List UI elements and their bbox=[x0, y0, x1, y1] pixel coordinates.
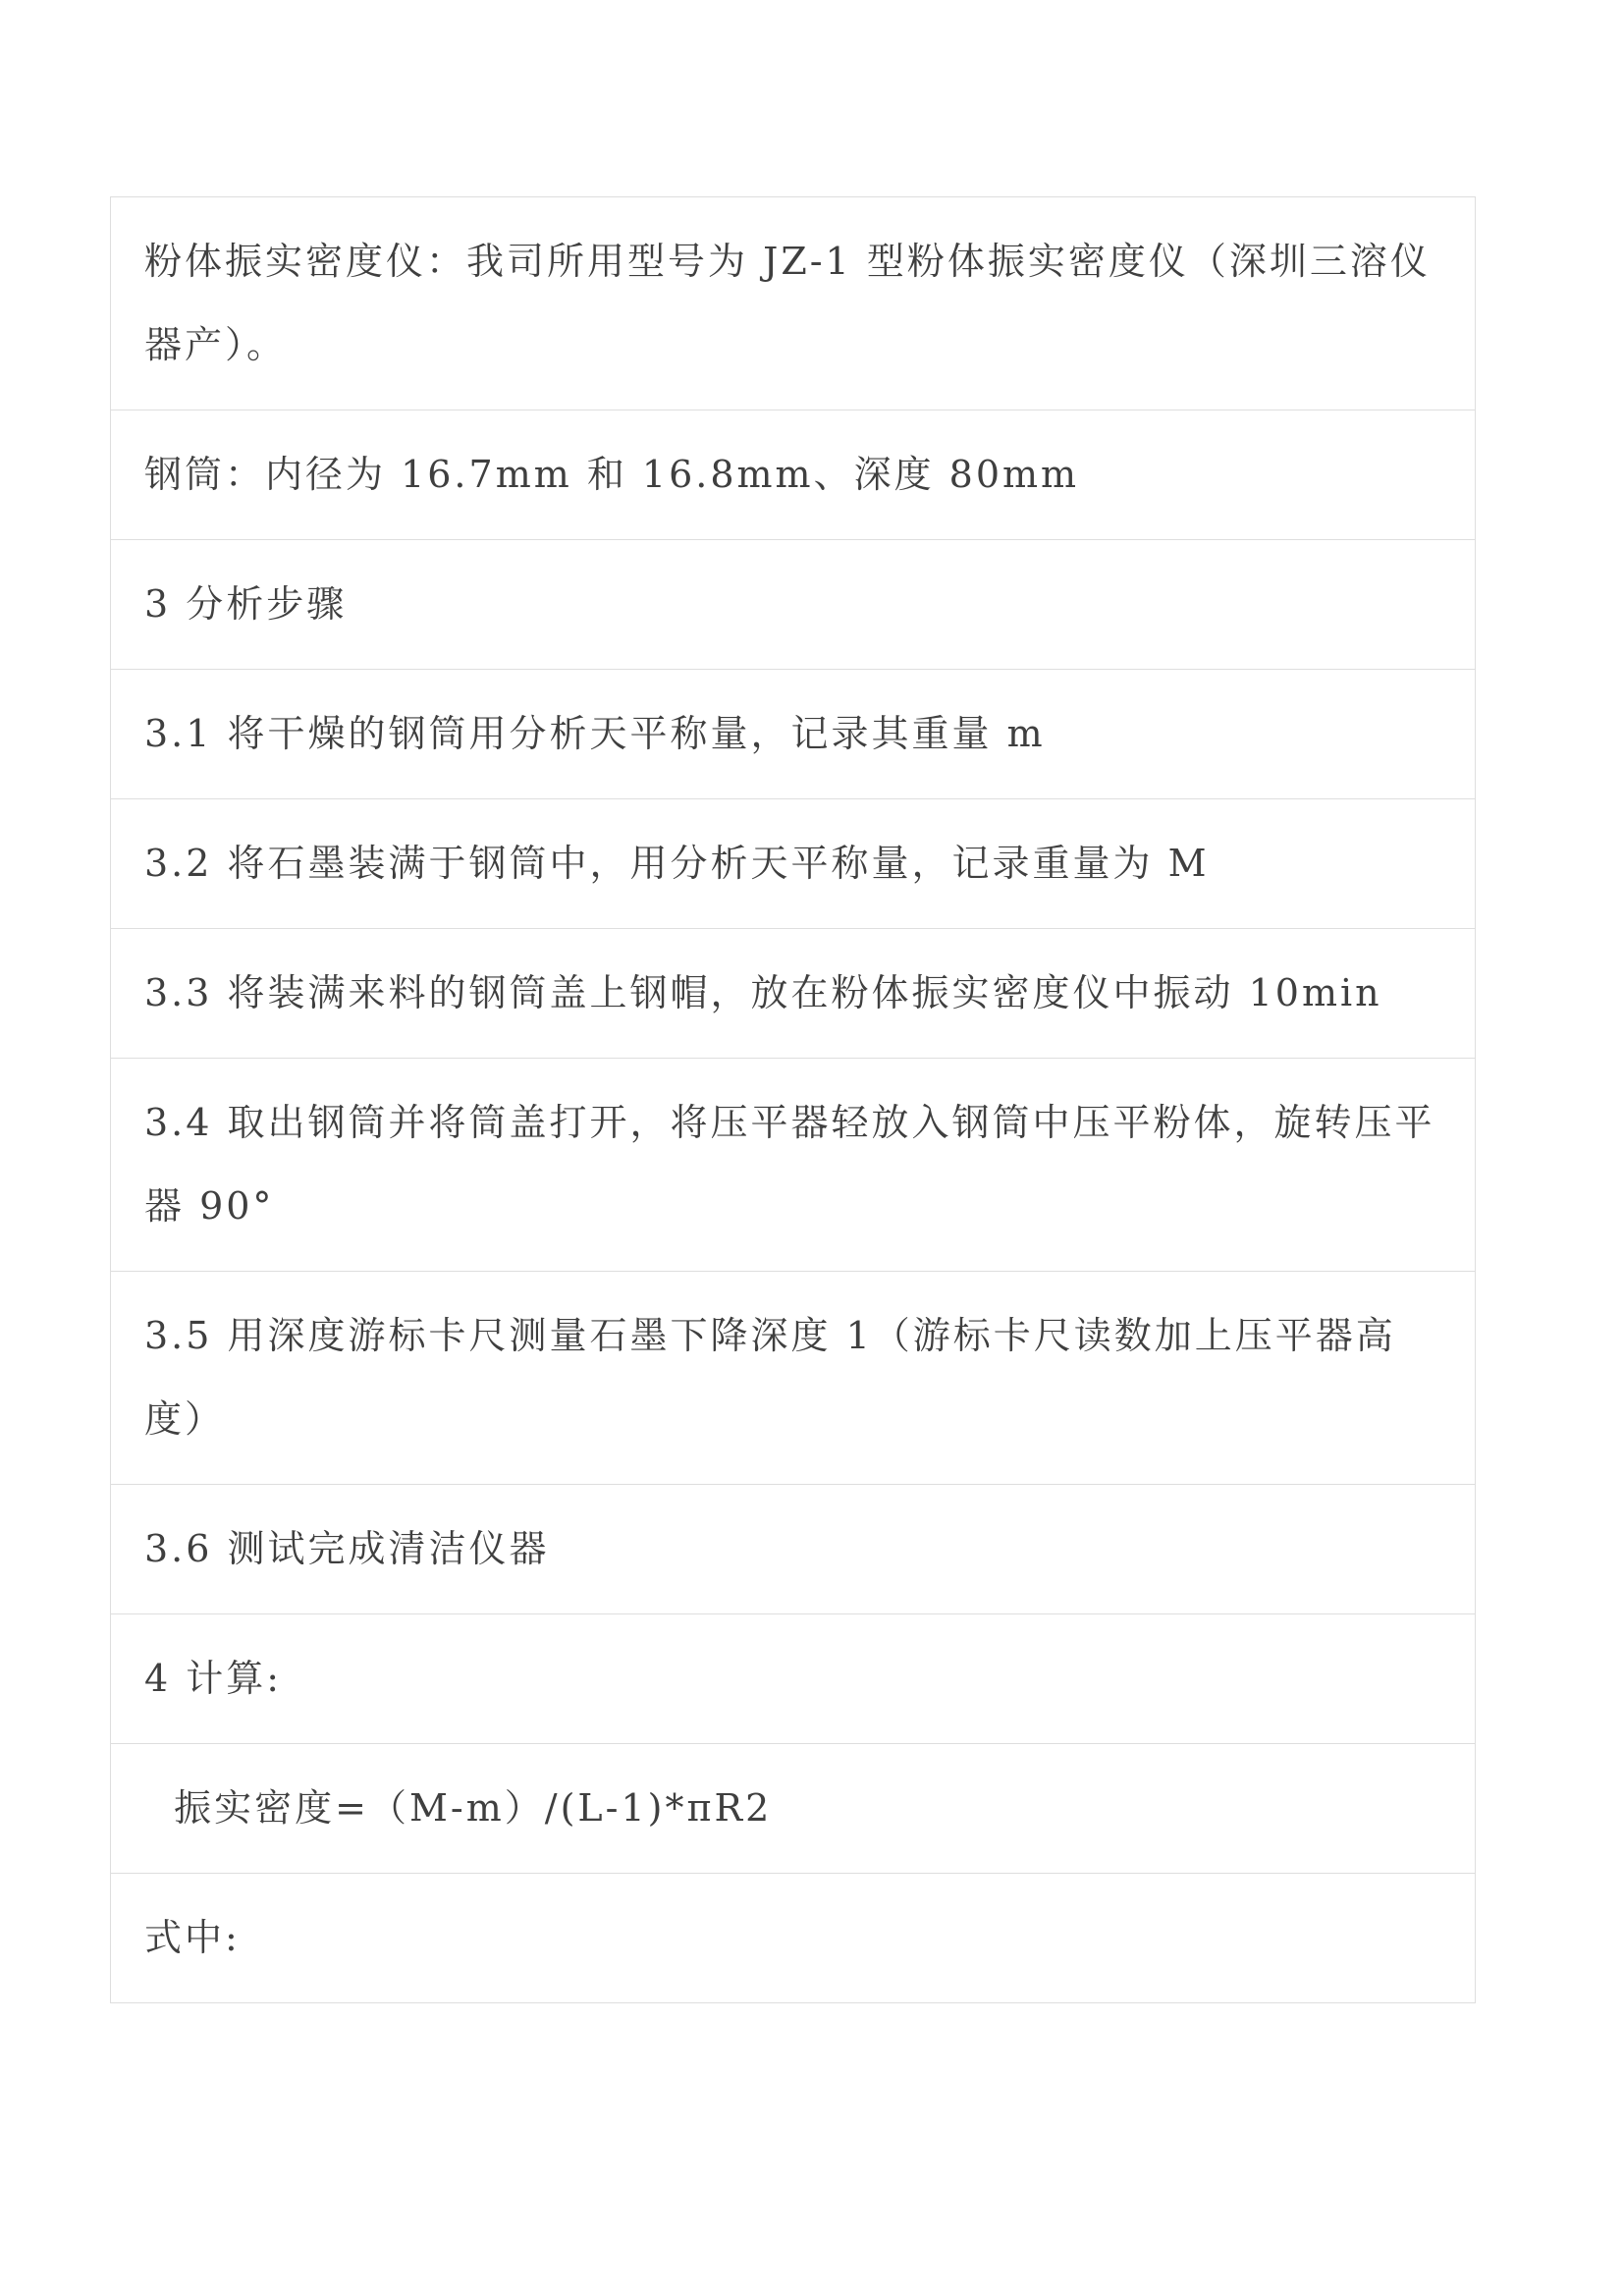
table-row: 4 计算: bbox=[111, 1613, 1475, 1743]
table-row: 3.5 用深度游标卡尺测量石墨下降深度 1（游标卡尺读数加上压平器高度） bbox=[111, 1271, 1475, 1484]
table-row: 粉体振实密度仪：我司所用型号为 JZ-1 型粉体振实密度仪（深圳三溶仪器产）。 bbox=[111, 197, 1475, 410]
table-row: 3.3 将装满来料的钢筒盖上钢帽，放在粉体振实密度仪中振动 10min bbox=[111, 928, 1475, 1058]
table-row: 式中: bbox=[111, 1873, 1475, 2002]
table-row: 振实密度=（M-m）/(L-1)*πR2 bbox=[111, 1743, 1475, 1873]
table-row: 3.2 将石墨装满于钢筒中，用分析天平称量，记录重量为 M bbox=[111, 798, 1475, 928]
table-row: 钢筒：内径为 16.7mm 和 16.8mm、深度 80mm bbox=[111, 410, 1475, 539]
procedure-table: 粉体振实密度仪：我司所用型号为 JZ-1 型粉体振实密度仪（深圳三溶仪器产）。钢… bbox=[110, 196, 1476, 2003]
table-row: 3.6 测试完成清洁仪器 bbox=[111, 1484, 1475, 1613]
table-row: 3.4 取出钢筒并将筒盖打开，将压平器轻放入钢筒中压平粉体，旋转压平器 90° bbox=[111, 1058, 1475, 1271]
table-row: 3 分析步骤 bbox=[111, 539, 1475, 669]
table-row: 3.1 将干燥的钢筒用分析天平称量，记录其重量 m bbox=[111, 669, 1475, 798]
